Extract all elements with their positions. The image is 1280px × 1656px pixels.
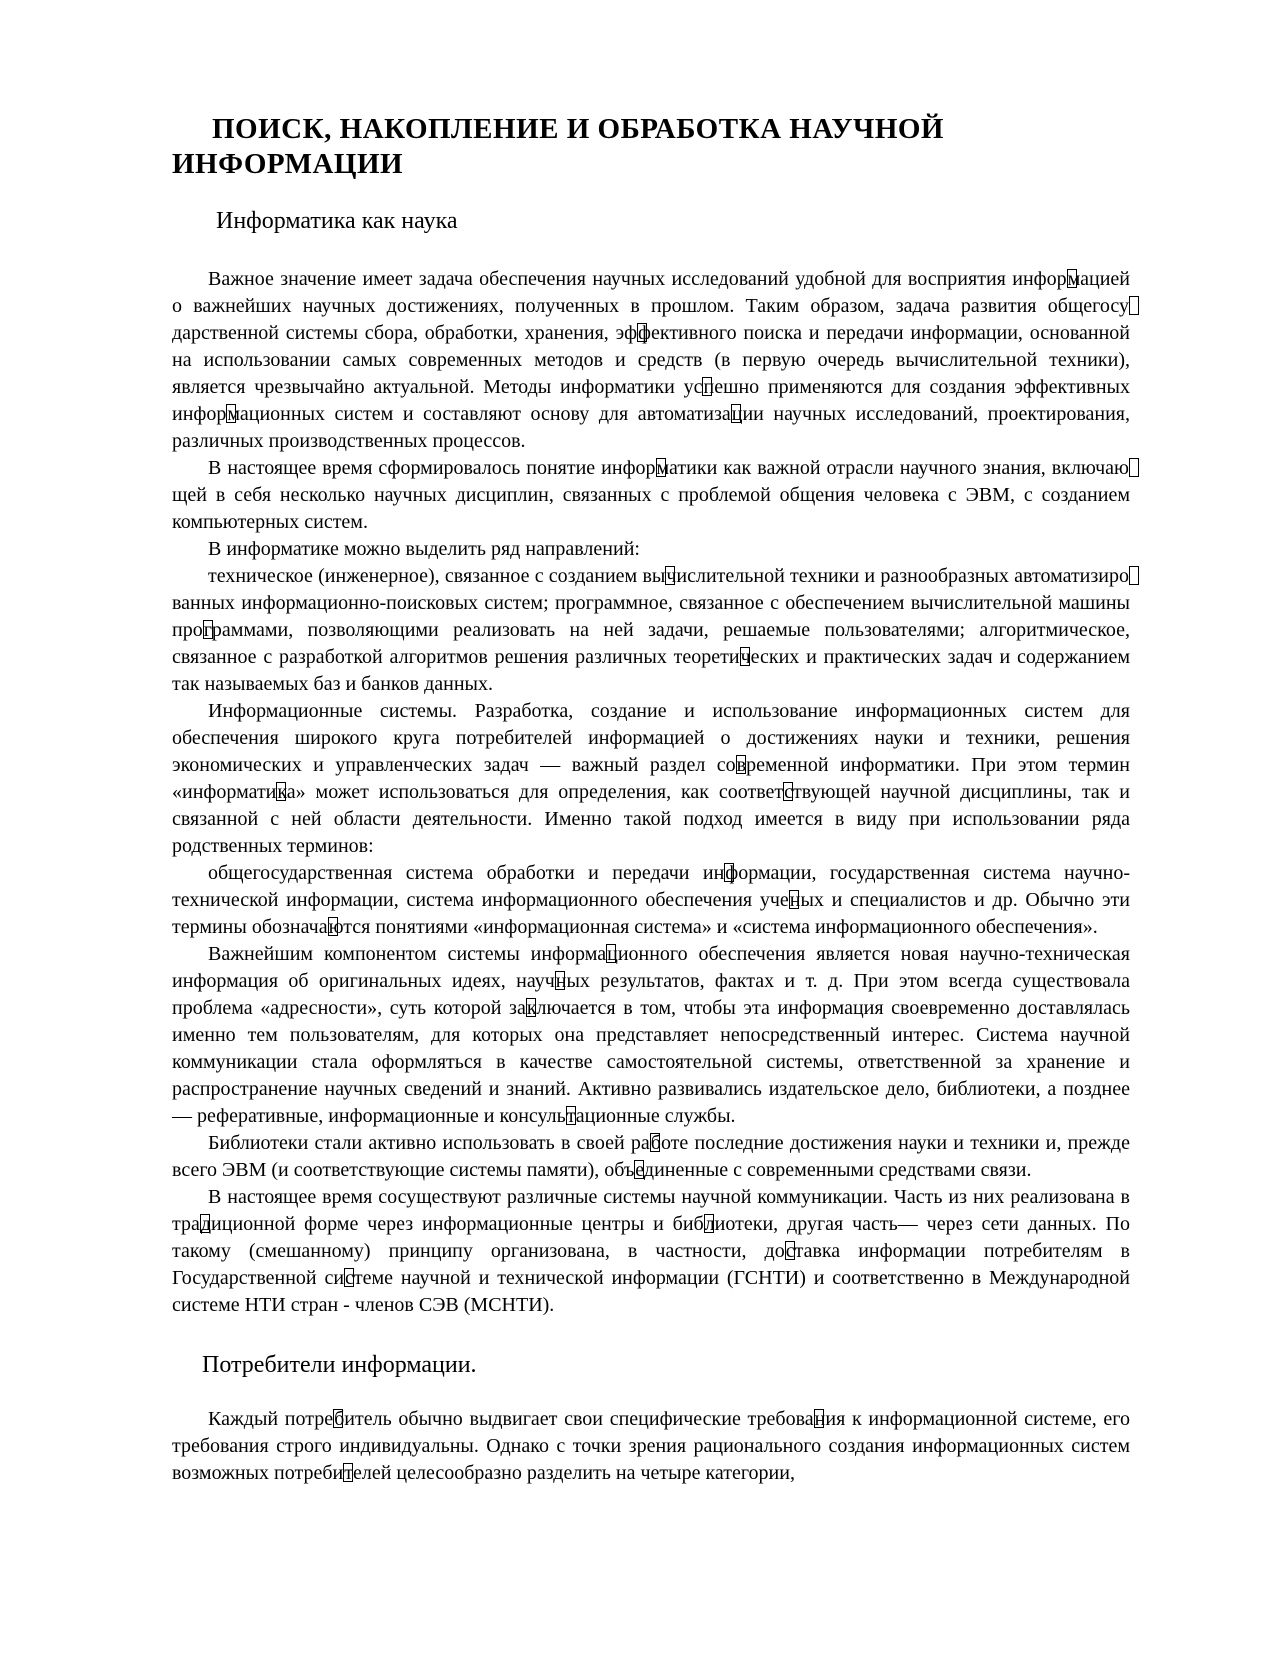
- missing-glyph-box: [606, 944, 616, 963]
- missing-glyph-box: [704, 1214, 714, 1233]
- paragraph: техническое (инженерное), связанное с со…: [172, 563, 1130, 698]
- missing-glyph-box: [736, 755, 746, 774]
- missing-glyph-box: [702, 377, 712, 396]
- page-title-line-1: ПОИСК, НАКОПЛЕНИЕ И ОБРАБОТКА НАУЧНОЙ: [172, 112, 1130, 147]
- paragraph: Важное значение имеет задача обеспечения…: [172, 266, 1130, 455]
- paragraph: Каждый потребитель обычно выдвигает свои…: [172, 1406, 1130, 1487]
- missing-glyph-box: [724, 863, 734, 882]
- missing-glyph-box: [555, 971, 565, 990]
- paragraph: В информатике можно выделить ряд направл…: [172, 536, 1130, 563]
- missing-glyph-box: [637, 323, 647, 342]
- section-heading-informatics: Информатика как наука: [172, 207, 1130, 235]
- missing-glyph-box: [1129, 566, 1139, 585]
- missing-glyph-box: [1129, 296, 1139, 315]
- missing-glyph-box: [566, 1106, 576, 1125]
- missing-glyph-box: [328, 917, 338, 936]
- missing-glyph-box: [656, 458, 666, 477]
- missing-glyph-box: [203, 620, 213, 639]
- paragraph: В настоящее время сосуществуют различные…: [172, 1184, 1130, 1319]
- page-title-line-2: ИНФОРМАЦИИ: [172, 147, 1130, 182]
- missing-glyph-box: [740, 647, 750, 666]
- missing-glyph-box: [783, 782, 793, 801]
- missing-glyph-box: [333, 1409, 343, 1428]
- missing-glyph-box: [665, 566, 675, 585]
- missing-glyph-box: [1067, 269, 1077, 288]
- missing-glyph-box: [731, 404, 741, 423]
- missing-glyph-box: [276, 782, 286, 801]
- missing-glyph-box: [344, 1268, 354, 1287]
- missing-glyph-box: [226, 404, 236, 423]
- missing-glyph-box: [526, 998, 536, 1017]
- section-heading-information-consumers: Потребители информации.: [172, 1351, 1130, 1379]
- paragraph: В настоящее время сформировалось понятие…: [172, 455, 1130, 536]
- document-text-column: ПОИСК, НАКОПЛЕНИЕ И ОБРАБОТКА НАУЧНОЙ ИН…: [0, 0, 1280, 1487]
- document-page: ПОИСК, НАКОПЛЕНИЕ И ОБРАБОТКА НАУЧНОЙ ИН…: [0, 0, 1280, 1656]
- page-title: ПОИСК, НАКОПЛЕНИЕ И ОБРАБОТКА НАУЧНОЙ ИН…: [172, 112, 1130, 182]
- missing-glyph-box: [785, 1241, 795, 1260]
- paragraph: Информационные системы. Разработка, созд…: [172, 698, 1130, 860]
- missing-glyph-box: [634, 1160, 644, 1179]
- missing-glyph-box: [650, 1133, 660, 1152]
- missing-glyph-box: [789, 890, 799, 909]
- missing-glyph-box: [200, 1214, 210, 1233]
- paragraph: общегосударственная система обработки и …: [172, 860, 1130, 941]
- missing-glyph-box: [814, 1409, 824, 1428]
- missing-glyph-box: [343, 1463, 353, 1482]
- paragraph: Важнейшим компонентом системы информацио…: [172, 941, 1130, 1130]
- paragraph: Библиотеки стали активно использовать в …: [172, 1130, 1130, 1184]
- missing-glyph-box: [1129, 458, 1139, 477]
